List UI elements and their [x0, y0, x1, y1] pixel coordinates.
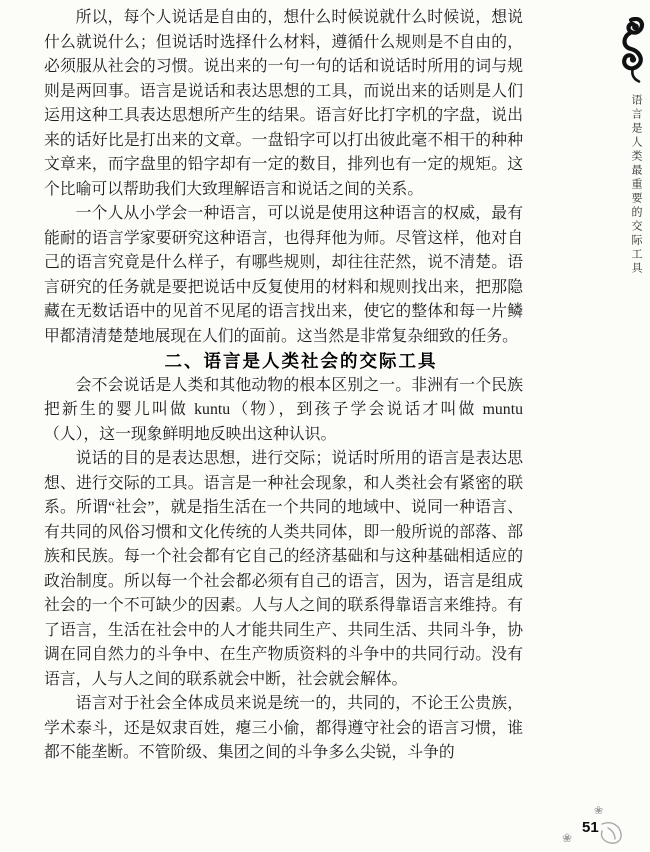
chapter-running-title: 语言是人类最重要的交际工具 — [628, 94, 644, 276]
body-paragraph: 一个人从小学会一种语言，可以说是使用这种语言的权威，最有能耐的语言学家要研究这种… — [44, 202, 523, 349]
book-page: 语言是人类最重要的交际工具 所以，每个人说话是自由的，想什么时候说就什么时候说，… — [0, 0, 650, 852]
body-paragraph: 语言对于社会全体成员来说是统一的，共同的，不论王公贵族，学术泰斗，还是奴隶百姓，… — [44, 692, 523, 766]
body-paragraph: 会不会说话是人类和其他动物的根本区别之一。非洲有一个民族把新生的婴儿叫做 kun… — [44, 374, 523, 448]
flower-sprig-icon: ❀ — [594, 806, 603, 817]
body-paragraph: 说话的目的是表达思想，进行交际；说话时所用的语言是表达思想、进行交际的工具。语言… — [44, 447, 523, 692]
folio: ❀ ❀ 51 — [558, 802, 638, 850]
section-heading: 二、语言是人类社会的交际工具 — [44, 349, 523, 374]
leaf-curl-icon — [598, 818, 626, 846]
page-number: 51 — [582, 819, 599, 836]
text-column: 所以，每个人说话是自由的，想什么时候说就什么时候说，想说什么就说什么；但说话时选… — [44, 6, 523, 766]
body-paragraph: 所以，每个人说话是自由的，想什么时候说就什么时候说，想说什么就说什么；但说话时选… — [44, 6, 523, 202]
flower-sprig-icon: ❀ — [562, 832, 572, 844]
vine-ornament-icon — [618, 17, 646, 83]
